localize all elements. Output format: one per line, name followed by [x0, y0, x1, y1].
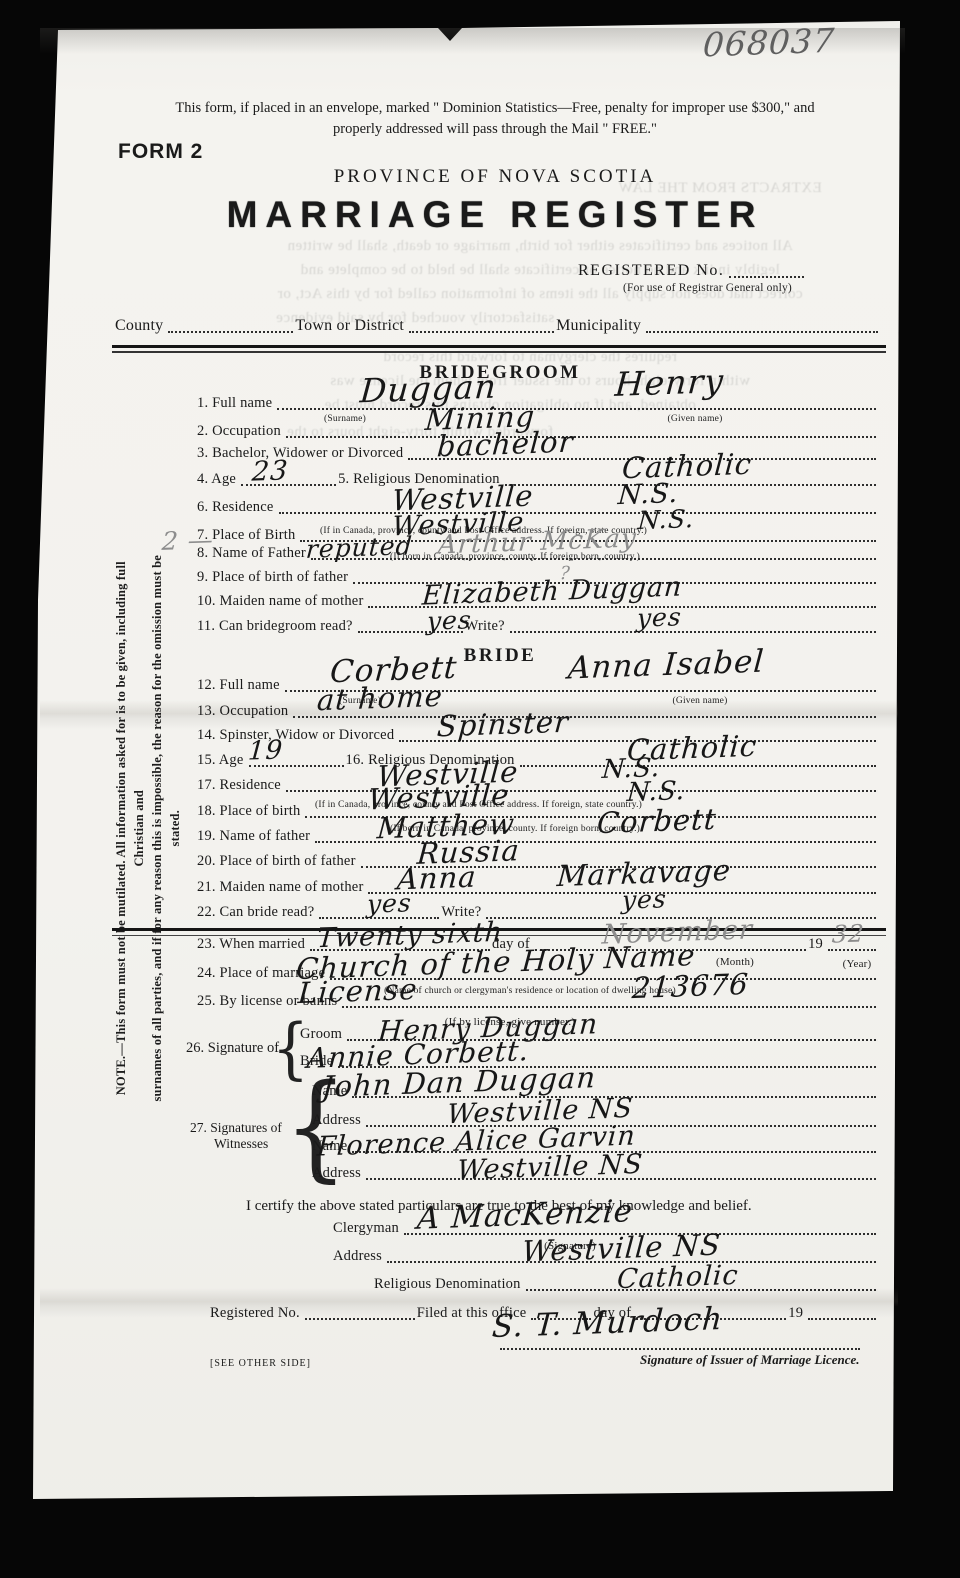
field-11-literacy: 11. Can bridegroom read? Write? — [197, 615, 878, 635]
document-title: MARRIAGE REGISTER — [180, 194, 810, 236]
town-district-label: Town or District — [295, 317, 407, 335]
form-number: FORM 2 — [118, 140, 203, 164]
bride-given-name-handwritten: Anna Isabel — [567, 647, 765, 685]
field-22-literacy: 22. Can bride read? Write? — [197, 901, 878, 921]
field-1-full-name: 1. Full name — [197, 392, 878, 412]
clergyman-address-label: Address — [333, 1248, 385, 1265]
municipality-label: Municipality — [556, 317, 644, 335]
marriage-year-pencil-handwritten: 32 — [831, 921, 865, 946]
field-2-label: 2. Occupation — [197, 423, 284, 440]
issuer-signature-note: Signature of Issuer of Marriage Licence. — [640, 1352, 860, 1368]
field-3-label: 3. Bachelor, Widower or Divorced — [197, 445, 406, 462]
groom-status-handwritten: bachelor — [436, 428, 574, 462]
field-20-label: 20. Place of birth of father — [197, 853, 359, 870]
field-18-label: 18. Place of birth — [197, 803, 303, 820]
clergyman-denomination-handwritten: Catholic — [616, 1262, 739, 1293]
field-13-label: 13. Occupation — [197, 703, 291, 720]
groom-can-read-handwritten: yes — [426, 607, 472, 634]
footer-year-blank — [808, 1315, 876, 1320]
field-6-blank — [279, 509, 877, 514]
registered-no-row: REGISTERED No. — [578, 260, 806, 280]
bride-occupation-handwritten: at home — [316, 682, 444, 715]
bride-can-write-handwritten: yes — [621, 886, 667, 913]
groom-can-write-handwritten: yes — [636, 604, 682, 631]
field-4-label: 4. Age — [197, 471, 239, 488]
county-label: County — [115, 317, 166, 335]
double-rule-bottom — [112, 351, 886, 353]
margin-note: NOTE.—This form must not be mutilated. A… — [112, 548, 185, 1108]
license-number-handwritten: 213676 — [631, 970, 750, 1003]
field-12-label: 12. Full name — [197, 677, 283, 694]
bleed-through-line: All notices and certificates either for … — [200, 238, 880, 255]
witness2-address-handwritten: Westville NS — [456, 1151, 644, 1185]
margin-note-line1: NOTE.—This form must not be mutilated. A… — [112, 548, 148, 1108]
town-district-blank — [409, 328, 554, 333]
groom-birthplace-province-handwritten: N.S. — [637, 506, 695, 533]
double-rule-top — [112, 345, 886, 348]
see-other-side-note: [SEE OTHER SIDE] — [210, 1358, 311, 1369]
field-20-father-birthplace: 20. Place of birth of father — [197, 850, 878, 870]
bride-status-handwritten: Spinster — [436, 708, 570, 742]
field-15-label: 15. Age — [197, 752, 247, 769]
field-23-19-label: 19 — [808, 936, 826, 953]
field-2-blank — [286, 433, 876, 438]
groom-father-pencil-handwritten: Arthur McKay — [437, 525, 637, 558]
bride-birthplace-province-handwritten: N.S. — [626, 778, 686, 806]
footer-19-label: 19 — [788, 1305, 806, 1322]
registrar-only-note: (For use of Registrar General only) — [585, 282, 830, 294]
scanned-marriage-register: EXTRACTS FROM THE LAW All notices and ce… — [0, 0, 960, 1578]
field-27-label-line1: 27. Signatures of — [190, 1120, 282, 1136]
field-17-residence: 17. Residence — [197, 774, 878, 794]
field-23-label: 23. When married — [197, 936, 308, 953]
field-15-16-age-religion: 15. Age 16. Religious Denomination — [197, 749, 878, 769]
field-14-label: 14. Spinster, Widow or Divorced — [197, 727, 397, 744]
field-25-blank — [342, 1003, 876, 1008]
bride-age-handwritten: 19 — [247, 737, 284, 764]
field-26-label: 26. Signature of — [186, 1040, 279, 1057]
religious-denomination-label: Religious Denomination — [374, 1276, 524, 1293]
clergyman-label: Clergyman — [333, 1220, 402, 1237]
issuer-signature-handwritten: S. T. Murdoch — [491, 1304, 724, 1343]
field-27-label-line2: Witnesses — [214, 1136, 268, 1152]
field-10-label: 10. Maiden name of mother — [197, 593, 366, 610]
field-11-label: 11. Can bridegroom read? — [197, 618, 356, 635]
film-number-handwritten: 068037 — [702, 24, 836, 62]
field-22-label: 22. Can bride read? — [197, 904, 317, 921]
registered-no-blank — [729, 273, 804, 278]
field-1-label: 1. Full name — [197, 395, 275, 412]
clergyman-signature-handwritten: A MacKenzie — [416, 1196, 634, 1235]
field-6-label: 6. Residence — [197, 499, 277, 516]
field-8-label: 8. Name of Father — [197, 545, 309, 562]
mailing-instruction-line2: properly addressed will pass through the… — [145, 121, 845, 138]
margin-note-line2: surnames of all parties, and if for any … — [148, 548, 184, 1108]
footer-registered-no-label: Registered No. — [210, 1305, 303, 1322]
bride-father-last-handwritten: Corbett — [596, 805, 718, 838]
groom-given-name-handwritten: Henry — [614, 364, 725, 401]
witness-address-label: Address — [312, 1165, 364, 1182]
field-17-label: 17. Residence — [197, 777, 284, 794]
county-district-row: County Town or District Municipality — [115, 315, 880, 335]
license-handwritten: License — [297, 975, 419, 1008]
witness-address-label: Address — [312, 1112, 364, 1129]
field-12-full-name: 12. Full name — [197, 674, 878, 694]
footer-registered-no-blank — [305, 1315, 415, 1320]
field-21-label: 21. Maiden name of mother — [197, 879, 366, 896]
field-9-label: 9. Place of birth of father — [197, 569, 351, 586]
field-19-label: 19. Name of father — [197, 828, 313, 845]
field-19-father: 19. Name of father — [197, 825, 878, 845]
field-18-birthplace: 18. Place of birth — [197, 800, 878, 820]
field-6-residence: 6. Residence — [197, 496, 878, 516]
groom-age-handwritten: 23 — [251, 457, 289, 485]
county-blank — [168, 328, 293, 333]
field-21-mother: 21. Maiden name of mother — [197, 876, 878, 896]
bride-can-read-handwritten: yes — [366, 890, 412, 917]
municipality-blank — [646, 328, 878, 333]
registered-no-label: REGISTERED No. — [578, 262, 727, 280]
province-heading: PROVINCE OF NOVA SCOTIA — [230, 166, 760, 188]
mailing-instruction-line1: This form, if placed in an envelope, mar… — [145, 100, 845, 117]
field-4-5-age-religion: 4. Age 5. Religious Denomination — [197, 468, 878, 488]
groom-father-ink-handwritten: reputed — [305, 533, 413, 562]
field-11-write-blank — [510, 628, 876, 633]
